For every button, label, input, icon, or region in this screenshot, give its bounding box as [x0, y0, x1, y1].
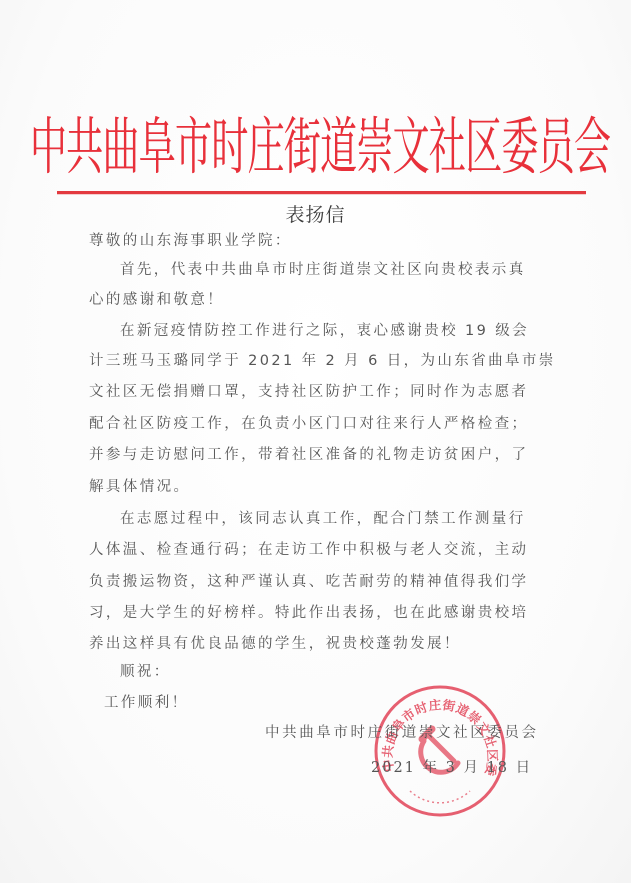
paragraph-line: 并参与走访慰问工作，带着社区准备的礼物走访贫困户，了 [89, 448, 571, 463]
salutation: 尊敬的山东海事职业学院： [89, 234, 571, 249]
paragraph-line: 首先，代表中共曲阜市时庄街道崇文社区向贵校表示真 [120, 263, 602, 278]
paragraph-line: 人体温、检查通行码；在走访工作中积极与老人交流，主动 [89, 543, 571, 558]
paragraph-line: 负责搬运物资，这种严谨认真、吃苦耐劳的精神值得我们学 [89, 575, 571, 590]
closing-greeting: 顺祝： [120, 665, 602, 680]
paragraph-line: 文社区无偿捐赠口罩，支持社区防护工作；同时作为志愿者 [89, 385, 571, 400]
closing-wish: 工作顺利！ [104, 696, 586, 711]
letterhead: 中共曲阜市时庄街道崇文社区委员会 [60, 112, 580, 184]
stamp-serial-arc [410, 791, 470, 803]
official-seal-icon: 中共曲阜市时庄街道崇文社区委员会 [372, 683, 508, 819]
paragraph-line: 心的感谢和敬意！ [89, 293, 571, 308]
paragraph-line: 解具体情况。 [89, 480, 571, 495]
paragraph-line: 计三班马玉璐同学于 2021 年 2 月 6 日，为山东省曲阜市崇 [89, 354, 571, 369]
paragraph-line: 在志愿过程中，该同志认真工作，配合门禁工作测量行 [120, 512, 602, 527]
paragraph-line: 在新冠疫情防控工作进行之际，衷心感谢贵校 19 级会 [120, 324, 602, 339]
letterhead-organization: 中共曲阜市时庄街道崇文社区委员会 [30, 117, 610, 179]
document-title: 表扬信 [0, 200, 631, 227]
letterhead-red-rule [57, 191, 586, 194]
paragraph-line: 配合社区防疫工作，在负责小区门口对往来行人严格检查； [89, 417, 571, 432]
signature-date: 2021 年 3 月 18 日 [371, 756, 532, 777]
paragraph-line: 养出这样具有优良品德的学生，祝贵校蓬勃发展！ [89, 637, 571, 652]
paragraph-line: 习，是大学生的好榜样。特此作出表扬，也在此感谢贵校培 [89, 606, 571, 621]
letter-page: 中共曲阜市时庄街道崇文社区委员会 表扬信 尊敬的山东海事职业学院： 首先，代表中… [0, 0, 631, 883]
signature-organization: 中共曲阜市时庄街道崇文社区委员会 [265, 721, 539, 742]
